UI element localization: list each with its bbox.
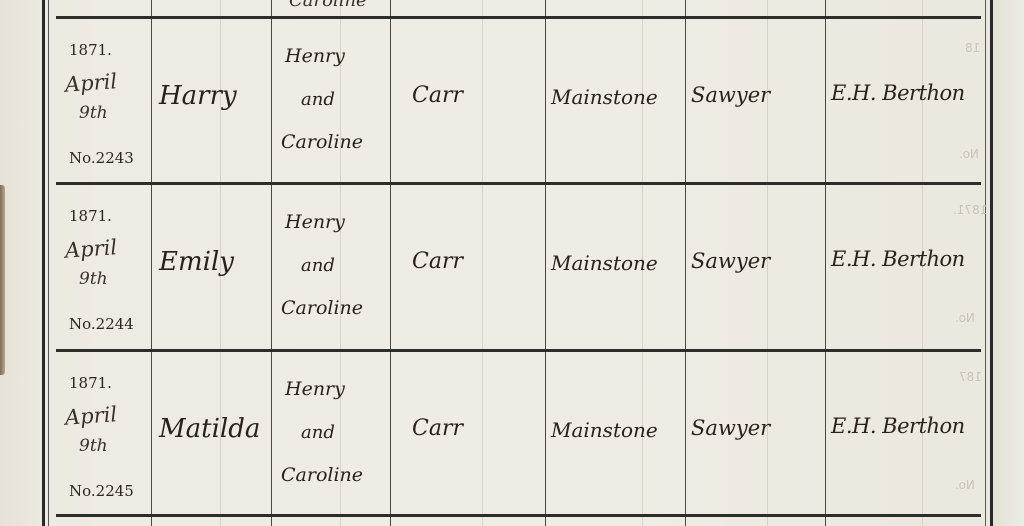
parents-cell: Henry and Caroline bbox=[271, 19, 390, 184]
baptism-register-table: Caroline 1871. April 9th No.2243 Harry H… bbox=[42, 0, 992, 526]
parents-cell: Henry and Caroline bbox=[271, 185, 390, 350]
register-entry: 1871. April 9th No.2243 Harry Henry and … bbox=[42, 19, 992, 184]
register-entry: 1871. April 9th No.2245 Matilda Henry an… bbox=[42, 352, 992, 517]
child-name: Matilda bbox=[159, 414, 260, 444]
entry-number: No.2243 bbox=[69, 149, 134, 167]
officiant: E.H. Berthon bbox=[831, 247, 965, 271]
abode: Mainstone bbox=[551, 251, 658, 275]
parents-conjunction: and bbox=[301, 89, 335, 110]
page-gutter bbox=[0, 0, 40, 526]
father-name: Henry bbox=[285, 45, 345, 67]
abode: Mainstone bbox=[551, 418, 658, 442]
entry-day: 9th bbox=[79, 269, 108, 289]
officiant-cell: E.H. Berthon 18 No. bbox=[825, 19, 985, 184]
entry-year: 1871. bbox=[69, 207, 112, 225]
partial-parents-text: Caroline bbox=[289, 0, 367, 11]
surname-cell: Carr bbox=[390, 19, 545, 184]
child-name-cell: Emily bbox=[151, 185, 271, 350]
occupation-cell: Sawyer bbox=[685, 185, 825, 350]
abode-cell: Mainstone bbox=[545, 352, 685, 517]
entry-day: 9th bbox=[79, 436, 108, 456]
parents-conjunction: and bbox=[301, 255, 335, 276]
register-page: Caroline 1871. April 9th No.2243 Harry H… bbox=[0, 0, 1024, 526]
abode: Mainstone bbox=[551, 85, 658, 109]
father-name: Henry bbox=[285, 378, 345, 400]
register-entry: 1871. April 9th No.2244 Emily Henry and … bbox=[42, 185, 992, 350]
father-name: Henry bbox=[285, 211, 345, 233]
officiant: E.H. Berthon bbox=[831, 81, 965, 105]
bleed-through-text: 18 bbox=[965, 41, 980, 55]
occupation: Sawyer bbox=[691, 83, 770, 107]
child-name: Harry bbox=[159, 81, 237, 111]
entry-day: 9th bbox=[79, 103, 108, 123]
bleed-through-text: No. bbox=[955, 311, 975, 325]
occupation-cell: Sawyer bbox=[685, 19, 825, 184]
bleed-through-text: No. bbox=[959, 147, 979, 161]
date-cell: 1871. April 9th No.2244 bbox=[49, 185, 151, 350]
date-cell: 1871. April 9th No.2243 bbox=[49, 19, 151, 184]
entry-year: 1871. bbox=[69, 41, 112, 59]
surname-cell: Carr bbox=[390, 185, 545, 350]
child-name: Emily bbox=[159, 247, 234, 277]
mother-name: Caroline bbox=[281, 297, 363, 319]
child-name-cell: Matilda bbox=[151, 352, 271, 517]
entry-number: No.2244 bbox=[69, 315, 134, 333]
surname: Carr bbox=[412, 83, 463, 108]
bleed-through-text: No. bbox=[955, 478, 975, 492]
mother-name: Caroline bbox=[281, 464, 363, 486]
entry-month: April bbox=[64, 69, 118, 97]
right-margin bbox=[993, 0, 1024, 526]
occupation: Sawyer bbox=[691, 416, 770, 440]
binding-strip bbox=[0, 185, 5, 375]
entry-month: April bbox=[64, 402, 118, 430]
surname: Carr bbox=[412, 249, 463, 274]
bleed-through-text: 1871. bbox=[953, 203, 987, 217]
partial-row-parents-cell: Caroline bbox=[271, 0, 390, 16]
surname: Carr bbox=[412, 416, 463, 441]
surname-cell: Carr bbox=[390, 352, 545, 517]
officiant-cell: E.H. Berthon 187 No. bbox=[825, 352, 985, 517]
abode-cell: Mainstone bbox=[545, 19, 685, 184]
entry-number: No.2245 bbox=[69, 482, 134, 500]
date-cell: 1871. April 9th No.2245 bbox=[49, 352, 151, 517]
child-name-cell: Harry bbox=[151, 19, 271, 184]
parents-cell: Henry and Caroline bbox=[271, 352, 390, 517]
officiant: E.H. Berthon bbox=[831, 414, 965, 438]
parents-conjunction: and bbox=[301, 422, 335, 443]
mother-name: Caroline bbox=[281, 131, 363, 153]
abode-cell: Mainstone bbox=[545, 185, 685, 350]
occupation-cell: Sawyer bbox=[685, 352, 825, 517]
bleed-through-text: 187 bbox=[959, 370, 982, 384]
occupation: Sawyer bbox=[691, 249, 770, 273]
entry-year: 1871. bbox=[69, 374, 112, 392]
officiant-cell: E.H. Berthon 1871. No. bbox=[825, 185, 985, 350]
entry-month: April bbox=[64, 235, 118, 263]
